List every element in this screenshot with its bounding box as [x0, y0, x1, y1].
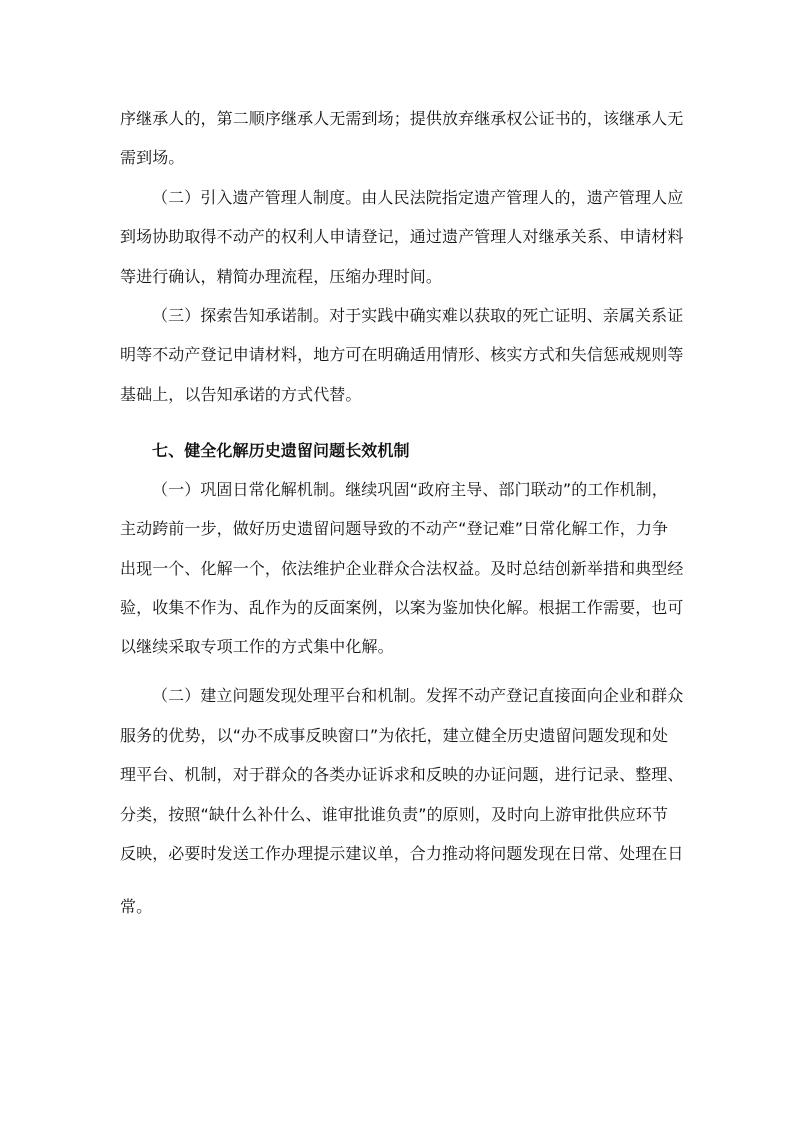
- text-line: 等进行确认，精简办理流程，压缩办理时间。: [120, 265, 680, 289]
- text-line: 需到场。: [120, 146, 680, 170]
- section-heading: 七、健全化解历史遗留问题长效机制: [152, 439, 712, 463]
- paragraph-first-line: （二）引入遗产管理人制度。由人民法院指定遗产管理人的，遗产管理人应: [152, 186, 712, 210]
- text-line: 验，收集不作为、乱作为的反面案例，以案为鉴加快化解。根据工作需要，也可: [120, 596, 680, 620]
- text-line: 明等不动产登记申请材料，地方可在明确适用情形、核实方式和失信惩戒规则等: [120, 343, 680, 367]
- text-line: 序继承人的，第二顺序继承人无需到场；提供放弃继承权公证书的，该继承人无: [120, 107, 680, 131]
- paragraph-first-line: （三）探索告知承诺制。对于实践中确实难以获取的死亡证明、亲属关系证: [152, 304, 712, 328]
- text-line: 反映，必要时发送工作办理提示建议单，合力推动将问题发现在日常、处理在日: [120, 842, 680, 866]
- text-line: 以继续采取专项工作的方式集中化解。: [120, 635, 680, 659]
- text-line: 主动跨前一步，做好历史遗留问题导致的不动产“登记难”日常化解工作，力争: [120, 517, 680, 541]
- document-page: 序继承人的，第二顺序继承人无需到场；提供放弃继承权公证书的，该继承人无 需到场。…: [0, 0, 793, 1122]
- paragraph-first-line: （一）巩固日常化解机制。继续巩固“政府主导、部门联动”的工作机制，: [152, 478, 712, 502]
- text-line: 理平台、机制，对于群众的各类办证诉求和反映的办证问题，进行记录、整理、: [120, 763, 680, 787]
- text-line: 常。: [120, 895, 680, 919]
- text-line: 基础上，以告知承诺的方式代替。: [120, 383, 680, 407]
- text-line: 分类，按照“缺什么补什么、谁审批谁负责”的原则，及时向上游审批供应环节: [120, 803, 680, 827]
- text-line: 到场协助取得不动产的权利人申请登记，通过遗产管理人对继承关系、申请材料: [120, 225, 680, 249]
- text-line: 服务的优势，以“办不成事反映窗口”为依托，建立健全历史遗留问题发现和处: [120, 724, 680, 748]
- text-line: 出现一个、化解一个，依法维护企业群众合法权益。及时总结创新举措和典型经: [120, 557, 680, 581]
- paragraph-first-line: （二）建立问题发现处理平台和机制。发挥不动产登记直接面向企业和群众: [152, 684, 712, 708]
